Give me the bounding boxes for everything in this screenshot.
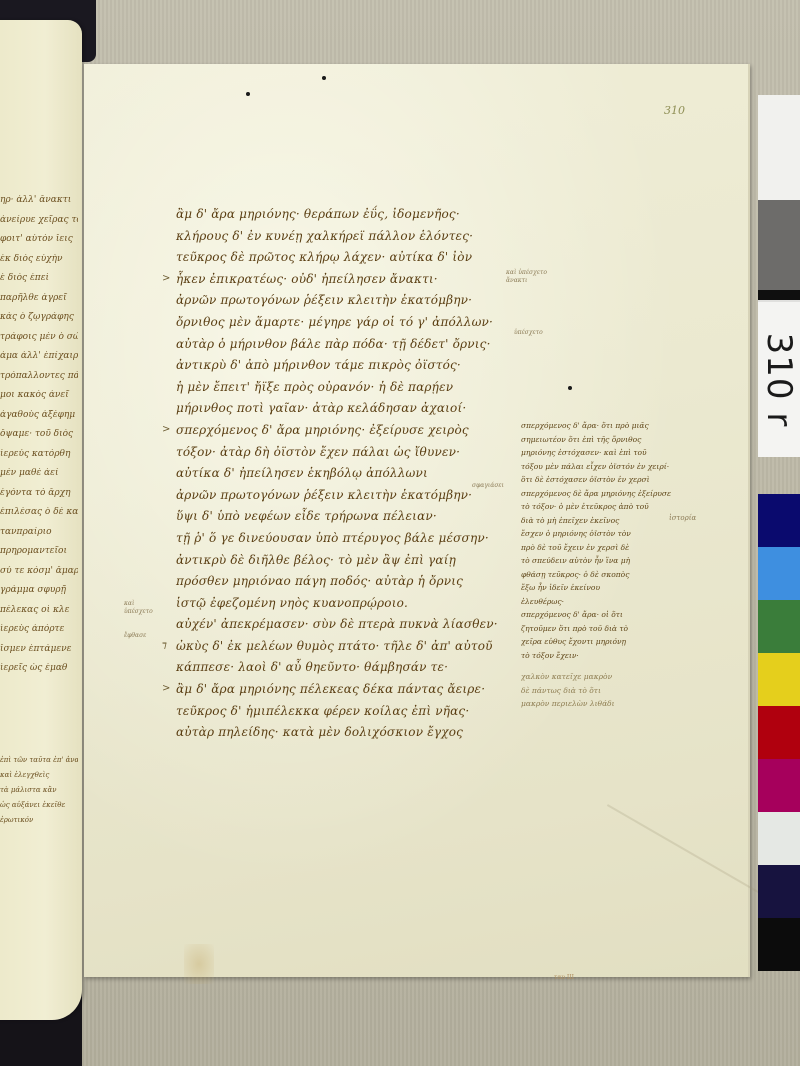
folio-number: 310 [664,104,685,117]
scholia-line: χεῖρα εὐθυς ἔχοντι μηριόνῃ [521,635,686,649]
scholia-line: μηριόνης ἐστόχασεν· καὶ ἐπὶ τοῦ [521,446,686,460]
interlinear-gloss: καὶ ὑπέσχετο ἄνακτι [506,269,566,285]
left-page-line: φοιτ' αὐτὸν ἴεις [0,234,78,245]
left-page-line: ἑ διὸς ἐπεὶ [0,273,78,284]
left-page-line: κὰς ὁ ζῳγράφης [0,312,78,323]
left-page-scholia-line: καὶ ἐλεγχθεὶς [0,770,78,781]
text-line: ἂμ δ' ἄρα μηριόνης· θεράπων ἐΰς, ἰδομενῆ… [176,204,506,226]
text-line: ἂμ δ' ἄρα μηριόνης πέλεκεας δέκα πάντας … [176,679,506,701]
scholia-line: τόξου μὲν πάλαι εἶχεν ὀϊστόν ἐν χειρί· [521,460,686,474]
folio-label-text: 310 r [759,332,799,427]
text-line: αὐτὰρ ὁ μήρινθον βάλε πὰρ πόδα· τῇ δέδετ… [176,334,506,356]
interlinear-gloss: καὶ ὑπέσχετο [124,600,164,616]
left-page-line: ἱερεῖς ὡς ἐμαθ [0,663,78,674]
scholia-line: πρὸ δὲ τοῦ ἔχειν ἐν χερσὶ δὲ [521,541,686,555]
text-line: τεῦκρος δ' ἡμιπέλεκκα φέρεν κοίλας ἐπὶ ν… [176,701,506,723]
swatch-yellow [758,653,800,706]
text-line: ὄρνιθος μὲν ἅμαρτε· μέγηρε γάρ οἱ τό γ' … [176,312,506,334]
left-page-scholia-line: ἐπὶ τῶν ταῦτα ἐπ' ἀνακτ [0,755,78,766]
left-page-line: τρόπαλλοντες πάσης [0,371,78,382]
scholia-line: διὰ τὸ μὴ ἐπεῖχεν ἐκεῖνος [521,514,686,528]
left-page-line: ηρ· ἀλλ' ἄνακτι [0,195,78,206]
text-line: ὕψι δ' ὑπὸ νεφέων εἶδε τρήρωνα πέλειαν· [176,506,506,528]
left-page-line: ἱερεὺς ἀπόρτε [0,624,78,635]
margin-note-right: ἰστορία [669,514,696,522]
left-page-line: ἰερεύς κατόρθη [0,449,78,460]
text-line: ἡ μὲν ἔπειτ' ἤϊξε πρὸς οὐρανόν· ἡ δὲ παρ… [176,377,506,399]
interlinear-gloss: ὑπέσχετο [514,329,564,337]
left-page-scholia-line: ἐρωτικόν [0,815,78,826]
text-line: ἱστῷ ἐφεζομένη νηὸς κυανοπρῴροιο. [176,593,506,615]
scholia-line: σπερχόμενος δὲ ἄρα μηριόνης ἐξείρυσε [521,487,686,501]
scholia-line: τὸ τόξον ἔχειν· [521,649,686,663]
text-line: τεῦκρος δὲ πρῶτος κλήρῳ λάχεν· αὐτίκα δ'… [176,247,506,269]
left-page-line: πρηρομαντεῖοι [0,546,78,557]
scholia-line: φθάσῃ τεῦκρος· ὁ δὲ σκοπὸς [521,568,686,582]
text-line: κλήρους δ' ἐν κυνέῃ χαλκήρεϊ πάλλον ἑλόν… [176,226,506,248]
scholia-line: ἔσχεν ὁ μηριόνης ὀϊστὸν τὸν [521,527,686,541]
bottom-margin-mark: ταυ ΙΙΙ [554,974,574,981]
line-marker: > [162,273,170,284]
calib-black [758,290,800,300]
scholia-line: χαλκὸν κατεῖχε μακρὸν [521,670,686,684]
left-page-line: ἀγαθοὺς ἀξέφημ [0,410,78,421]
line-marker: ⁊ [162,640,167,651]
left-page-line: ἐπιλέσας ὁ δὲ καὶ [0,507,78,518]
scholia-line: τὸ τόξον· ὁ μὲν ἐτεῦκρος ἀπὸ τοῦ [521,500,686,514]
text-line: ἀντικρὺ δ' ἀπὸ μήρινθον τάμε πικρὸς ὀϊστ… [176,355,506,377]
swatch-white [758,812,800,865]
left-page-line: τράφοις μὲν ὁ σώ [0,332,78,343]
folio-label: 310 r [758,300,800,457]
text-line: πρόσθεν μηριόναο πάγη ποδός· αὐτὰρ ἡ ὄρν… [176,571,506,593]
scholia-line: ζητοῦμεν ὅτι πρὸ τοῦ διὰ τὸ [521,622,686,636]
left-page-line: ἐκ διὸς εὐχὴν [0,254,78,265]
swatch-green [758,600,800,653]
grayscale-calibration-strip: 310 r [758,95,800,457]
left-page-line: ἀμα ἀλλ' ἐπίχαιρε [0,351,78,362]
text-line: ἀντικρὺ δὲ διῆλθε βέλος· τὸ μὲν ἂψ ἐπὶ γ… [176,550,506,572]
main-text-block: ἂμ δ' ἄρα μηριόνης· θεράπων ἐΰς, ἰδομενῆ… [176,204,506,744]
left-page-line: γράμμα σφυρῇ [0,585,78,596]
text-line: αὐτίκα δ' ἠπείλησεν ἑκηβόλῳ ἀπόλλωνι [176,463,506,485]
text-line: τόξον· ἀτὰρ δὴ ὀϊστὸν ἔχεν πάλαι ὡς ἴθυν… [176,442,506,464]
water-stain [184,944,214,984]
scholia-line: μακρὸν περιελὼν λιθάδι [521,697,686,711]
interlinear-gloss: σφαγιάσει [472,482,512,490]
left-page-scholia-line: ὡς αὐξάνει ἐκεῖθε [0,800,78,811]
scholia-line: σπερχόμενος δ' ἄρα· ὅτι πρὸ μιᾶς [521,419,686,433]
left-page-scholia-line: τὰ μάλιστα κἂν [0,785,78,796]
text-line: μήρινθος ποτὶ γαῖαν· ἀτὰρ κελάδησαν ἀχαι… [176,398,506,420]
left-page-line: μοι κακὸς ἀνεῖ [0,390,78,401]
swatch-red [758,706,800,759]
swatch-black [758,918,800,971]
text-line: κάππεσε· λαοὶ δ' αὖ θηεῦντο· θάμβησάν τε… [176,657,506,679]
left-page-line: τανπραίριο [0,527,78,538]
text-line: σπερχόμενος δ' ἄρα μηριόνης· ἐξείρυσε χε… [176,420,506,442]
calib-white [758,95,800,200]
scholia-line: ἐλευθέρως· [521,595,686,609]
swatch-magenta [758,759,800,812]
left-facing-page: ηρ· ἀλλ' ἄνακτιἀνείρυε χεῖρας τοὺςφοιτ' … [0,20,82,1020]
binding-hole [322,76,326,80]
left-page-line: ἀνείρυε χεῖρας τοὺς [0,215,78,226]
left-page-line: ὄψαμε· τοῦ διὸς [0,429,78,440]
line-marker: > [162,683,170,694]
left-page-line: σύ τε κόσμ' ἄμαρ [0,566,78,577]
left-page-line: ἴσμεν ἑπτάμενε [0,644,78,655]
left-page-line: παρῆλθε ἀγρεῖ [0,293,78,304]
text-line: ἀρνῶν πρωτογόνων ῥέξειν κλειτὴν ἑκατόμβη… [176,290,506,312]
binding-hole [246,92,250,96]
calib-gray [758,200,800,290]
text-line: ὠκὺς δ' ἐκ μελέων θυμὸς πτάτο· τῆλε δ' ἀ… [176,636,506,658]
left-page-line: πέλεκας οἱ κλε [0,605,78,616]
scholia-line: ὅτι δὲ ἐστόχασεν ὀϊστὸν ἐν χερσὶ [521,473,686,487]
text-line: αὐτὰρ πηλείδης· κατὰ μὲν δολιχόσκιον ἔγχ… [176,722,506,744]
text-line: αὐχέν' ἀπεκρέμασεν· σὺν δὲ πτερὰ πυκνὰ λ… [176,614,506,636]
text-line: ἀρνῶν πρωτογόνων ῥέξειν κλειτὴν ἑκατόμβη… [176,485,506,507]
text-line: τῇ ῥ' ὅ γε δινεύουσαν ὑπὸ πτέρυγος βάλε … [176,528,506,550]
scholia-line: ἔξω ἦν ἰδεῖν ἐκείνου [521,581,686,595]
manuscript-page: 310 ἂμ δ' ἄρα μηριόνης· θεράπων ἐΰς, ἰδο… [84,64,750,977]
swatch-dark-navy [758,865,800,918]
binding-hole [568,386,572,390]
text-line: ἧκεν ἐπικρατέως· οὐδ' ἠπείλησεν ἄνακτι· [176,269,506,291]
swatch-dark-blue [758,494,800,547]
marginal-scholia: σπερχόμενος δ' ἄρα· ὅτι πρὸ μιᾶςσημειωτέ… [521,419,686,711]
color-calibration-swatches [758,494,800,971]
swatch-cyan-blue [758,547,800,600]
scholia-line: σημειωτέον ὅτι ἐπὶ τῆς ὄρνιθος [521,433,686,447]
interlinear-gloss: ἔφθασε [124,632,164,640]
line-marker: > [162,424,170,435]
scholia-line: τὸ σπεύδειν αὐτὸν ἦν ἵνα μὴ [521,554,686,568]
left-page-line: ἐγόντα τὸ ἄρχη [0,488,78,499]
left-page-line: μὲν μαθὲ ἀεί [0,468,78,479]
scholia-line: δὲ πάντως διὰ τὸ ὅτι [521,684,686,698]
scholia-line: σπερχόμενος δ' ἄρα· οἱ ὅτι [521,608,686,622]
